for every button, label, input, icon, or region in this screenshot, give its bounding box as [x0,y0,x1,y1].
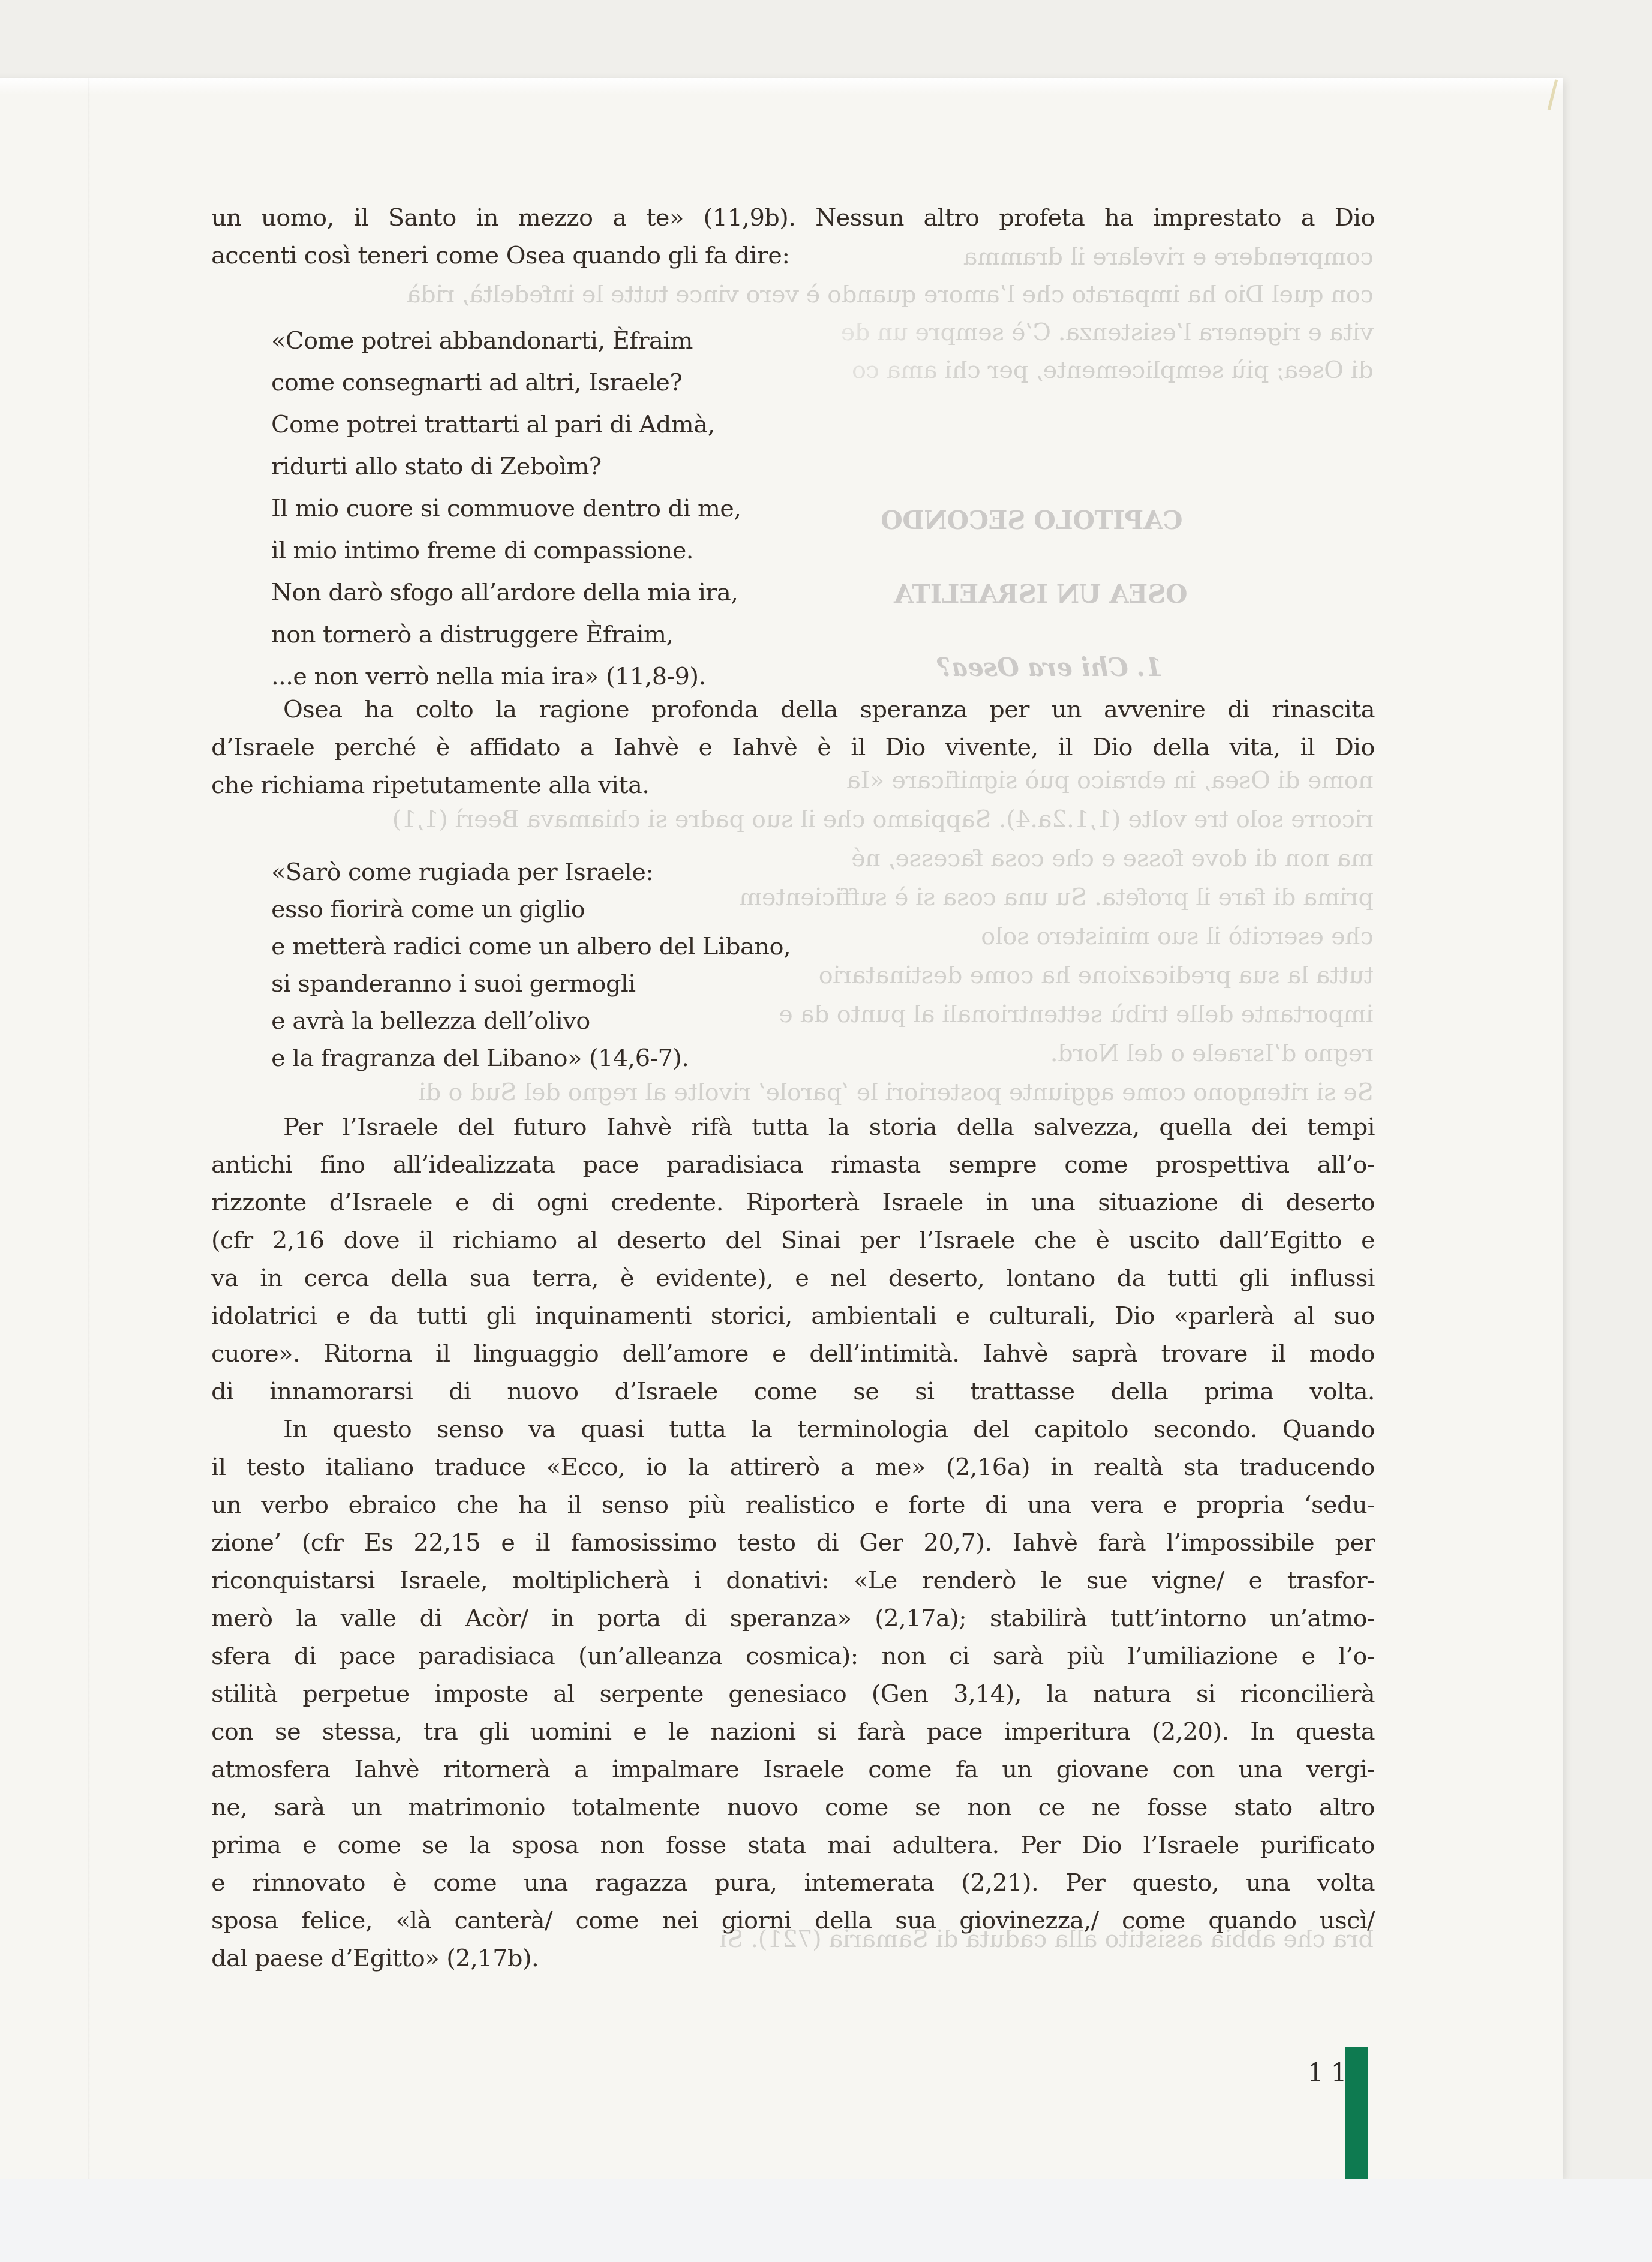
page-accent-bar [1345,2047,1368,2179]
verse-line: non tornerò a distruggere Èfraim, [271,614,1171,656]
page-crease [88,78,90,2179]
text-line: che richiama ripetutamente alla vita. [211,767,1375,804]
text-line: atmosfera Iahvè ritornerà a impalmare Is… [211,1751,1375,1789]
text-line: dal paese d’Egitto» (2,17b). [211,1940,1375,1978]
verse-line: «Sarò come rugiada per Israele: [271,854,1171,891]
verse-line: «Come potrei abbandonarti, Èfraim [271,320,1171,362]
page-top-edge-highlight [0,78,1563,95]
scanned-book-page-photo: comprendere e rivelare il dramma con que… [0,0,1652,2262]
bleedthrough-line: con quel Dio ha imparato che l’amore qua… [660,281,1374,308]
text-line: (cfr 2,16 dove il richiamo al deserto de… [211,1222,1375,1260]
text-line: idolatrici e da tutti gli inquinamenti s… [211,1297,1375,1335]
text-line: ne, sarà un matrimonio totalmente nuovo … [211,1789,1375,1827]
text-line: riconquistarsi Israele, moltiplicherà i … [211,1562,1375,1600]
bleedthrough-line: ricorre solo tre volte (1,1.2a.4). Sappi… [216,806,1374,833]
text-line: Per l’Israele del futuro Iahvè rifà tutt… [211,1109,1375,1146]
paragraph-terminologia: In questo senso va quasi tutta la termin… [211,1411,1375,1978]
text-line: stilità perpetue imposte al serpente gen… [211,1675,1375,1713]
verse-line: Il mio cuore si commuove dentro di me, [271,488,1171,530]
verse-line: come consegnarti ad altri, Israele? [271,362,1171,404]
text-line: un uomo, il Santo in mezzo a te» (11,9b)… [211,199,1375,237]
scanner-background-below-page [0,2179,1652,2262]
text-line: In questo senso va quasi tutta la termin… [211,1411,1375,1449]
text-line: un verbo ebraico che ha il senso più rea… [211,1486,1375,1524]
text-line: d’Israele perché è affidato a Iahvè e Ia… [211,729,1375,767]
text-line: rizzonte d’Israele e di ogni credente. R… [211,1184,1375,1222]
text-line: Osea ha colto la ragione profonda della … [211,691,1375,729]
verse-line: esso fiorirà come un giglio [271,891,1171,928]
text-line: antichi fino all’idealizzata pace paradi… [211,1146,1375,1184]
bleedthrough-line: Se si ritengono come aggiunte posteriori… [216,1079,1374,1106]
paragraph-osea-speranza: Osea ha colto la ragione profonda della … [211,691,1375,804]
verse-line: e avrà la bellezza dell’olivo [271,1002,1171,1040]
paragraph-israele-futuro: Per l’Israele del futuro Iahvè rifà tutt… [211,1109,1375,1411]
page-number: 11 [1308,2058,1350,2087]
text-line: e rinnovato è come una ragazza pura, int… [211,1864,1375,1902]
verse-line: il mio intimo freme di compassione. [271,530,1171,572]
verse-line: e metterà radici come un albero del Liba… [271,928,1171,965]
text-line: con se stessa, tra gli uomini e le nazio… [211,1713,1375,1751]
verse-line: ridurti allo stato di Zeboìm? [271,446,1171,488]
text-line: sposa felice, «là canterà/ come nei gior… [211,1902,1375,1940]
text-line: merò la valle di Acòr/ in porta di spera… [211,1600,1375,1638]
paragraph-continuation: un uomo, il Santo in mezzo a te» (11,9b)… [211,199,1375,275]
verse-line: si spanderanno i suoi germogli [271,965,1171,1002]
text-line: di innamorarsi di nuovo d’Israele come s… [211,1373,1375,1411]
text-line: accenti così teneri come Osea quando gli… [211,237,1375,275]
text-line: zione’ (cfr Es 22,15 e il famosissimo te… [211,1524,1375,1562]
verse-line: Come potrei trattarti al pari di Admà, [271,404,1171,446]
quotation-poem-hosea-14: «Sarò come rugiada per Israele: esso fio… [271,854,1171,1077]
text-line: il testo italiano traduce «Ecco, io la a… [211,1449,1375,1486]
text-line: cuore». Ritorna il linguaggio dell’amore… [211,1335,1375,1373]
text-line: prima e come se la sposa non fosse stata… [211,1827,1375,1864]
verse-line: e la fragranza del Libano» (14,6-7). [271,1040,1171,1077]
text-line: sfera di pace paradisiaca (un’alleanza c… [211,1638,1375,1675]
text-line: va in cerca della sua terra, è evidente)… [211,1260,1375,1297]
verse-line: Non darò sfogo all’ardore della mia ira, [271,572,1171,614]
quotation-poem-hosea-11: «Come potrei abbandonarti, Èfraim come c… [271,320,1171,698]
